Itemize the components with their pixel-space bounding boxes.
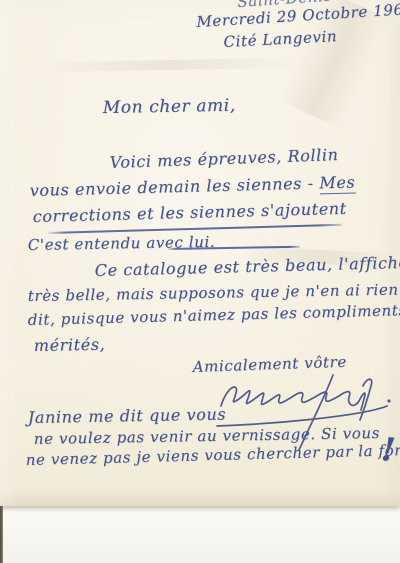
- paragraph1-line2-text: vous envoie demain les siennes -: [30, 173, 320, 200]
- paragraph2-line4: mérités,: [34, 335, 106, 355]
- paragraph1-line2-underlined-word: Mes: [319, 172, 355, 194]
- postscript-exclamation: !: [380, 430, 397, 469]
- paragraph2-line3: dit, puisque vous n'aimez pas les compli…: [28, 301, 400, 329]
- paragraph1-line2: vous envoie demain les siennes - Mes: [30, 172, 356, 200]
- paragraph2-line2: très belle, mais supposons que je n'en a…: [28, 281, 399, 305]
- postscript-line1: Janine me dit que vous: [28, 405, 227, 427]
- paper-crease: [40, 58, 300, 73]
- scan-background: Saint-Denis Mercredi 29 Octobre 1969 Cit…: [0, 0, 400, 563]
- paragraph1-line4: C'est entendu avec lui.: [28, 233, 216, 254]
- scan-left-edge: [0, 505, 3, 563]
- paragraph2-line1: Ce catalogue est très beau, l'affiche: [95, 253, 400, 280]
- paragraph1-line1: Voici mes épreuves, Rollin: [109, 145, 338, 172]
- salutation: Mon cher ami,: [103, 96, 236, 118]
- closing-formula: Amicalement vôtre: [192, 353, 347, 376]
- paragraph1-line3: corrections et les siennes s'ajoutent: [33, 199, 347, 226]
- letter-paper: Saint-Denis Mercredi 29 Octobre 1969 Cit…: [0, 0, 400, 506]
